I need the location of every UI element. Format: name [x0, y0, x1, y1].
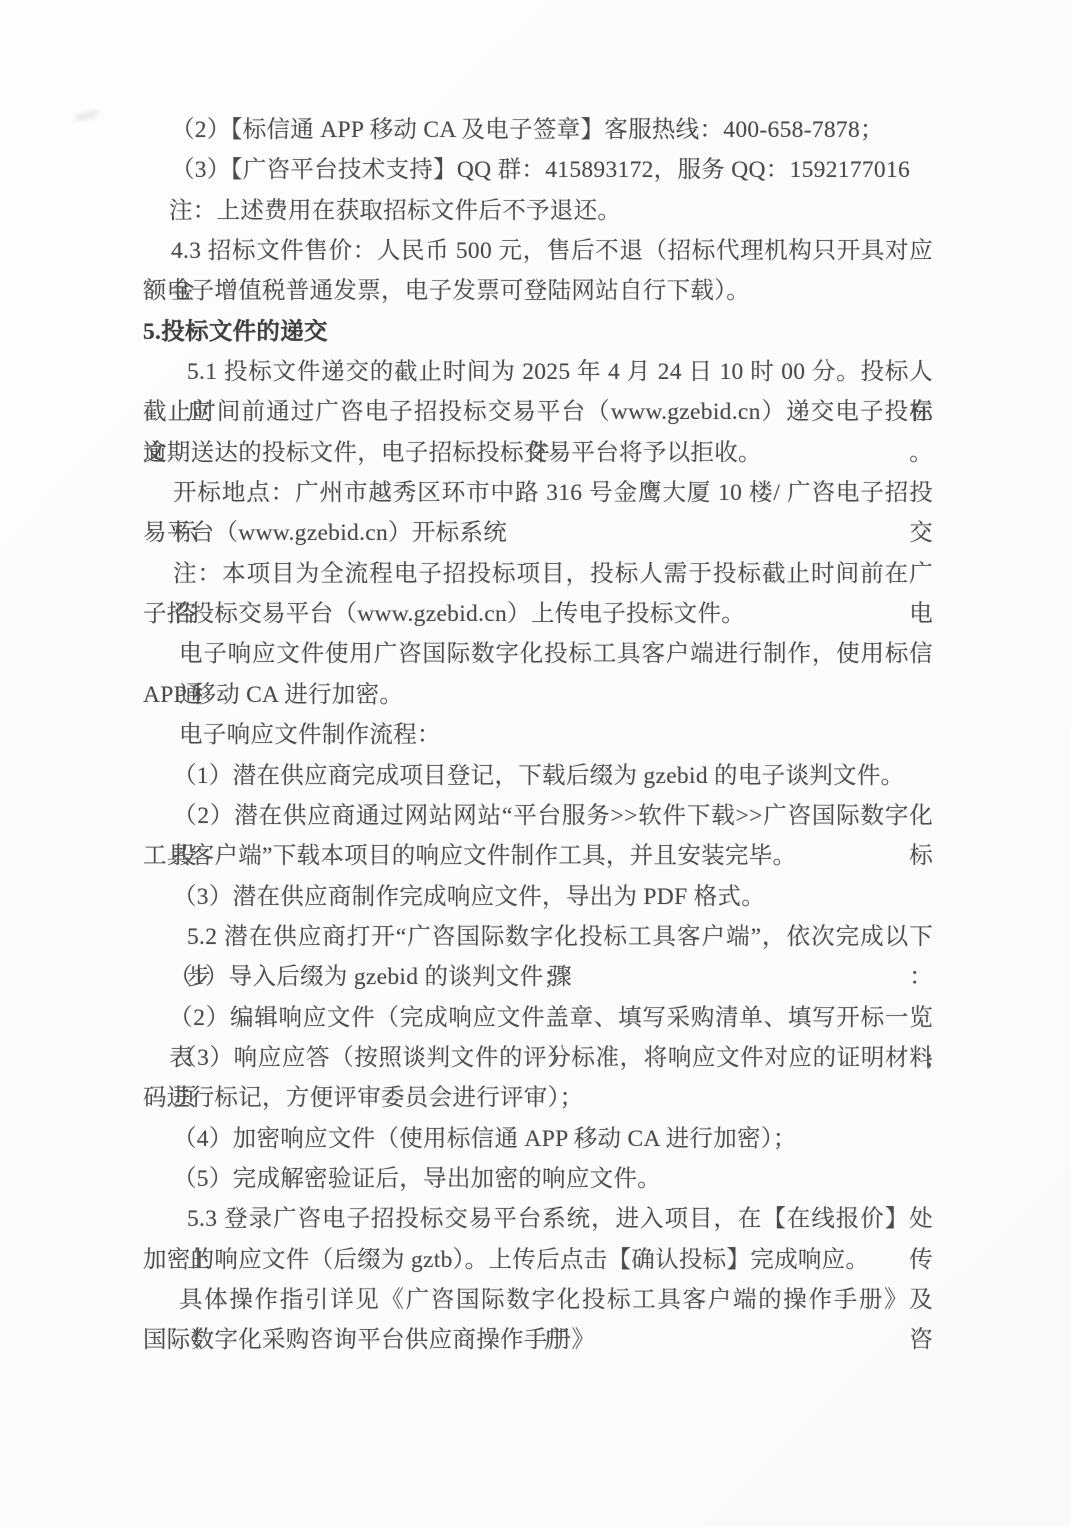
text-line: （3）【广咨平台技术支持】QQ 群：415893172，服务 QQ：159217…	[171, 150, 933, 190]
text-line: 注：本项目为全流程电子招投标项目，投标人需于投标截止时间前在广咨电	[173, 554, 933, 594]
scan-smudge-artifact	[74, 108, 101, 123]
text-line: 额电子增值税普通发票，电子发票可登陆网站自行下载）。	[143, 271, 933, 311]
text-line: 码进行标记，方便评审委员会进行评审）；	[143, 1078, 933, 1118]
text-line: 截止时间前通过广咨电子招投标交易平台（www.gzebid.cn）递交电子投标文…	[143, 392, 933, 432]
text-line: 注：上述费用在获取招标文件后不予退还。	[169, 191, 933, 231]
document-text-block: （2）【标信通 APP 移动 CA 及电子签章】客服热线：400-658-787…	[143, 110, 933, 1361]
text-line: （3）响应应答（按照谈判文件的评分标准，将响应文件对应的证明材料页	[173, 1038, 933, 1078]
text-line: （2）编辑响应文件（完成响应文件盖章、填写采购清单、填写开标一览表）;	[169, 998, 933, 1038]
text-line: 5.3 登录广咨电子招投标交易平台系统，进入项目，在【在线报价】处上传	[187, 1199, 933, 1239]
text-line: 5.2 潜在供应商打开“广咨国际数字化投标工具客户端”，依次完成以下步骤：	[187, 917, 933, 957]
text-line: 4.3 招标文件售价：人民币 500 元，售后不退（招标代理机构只开具对应金	[171, 231, 933, 271]
text-line: 电子响应文件制作流程：	[179, 715, 933, 755]
text-line: （5）完成解密验证后，导出加密的响应文件。	[173, 1159, 933, 1199]
text-line: 5.1 投标文件递交的截止时间为 2025 年 4 月 24 日 10 时 00…	[187, 352, 933, 392]
text-line: APP 移动 CA 进行加密。	[143, 675, 933, 715]
text-line: 电子响应文件使用广咨国际数字化投标工具客户端进行制作，使用标信通	[179, 634, 933, 674]
document-page: （2）【标信通 APP 移动 CA 及电子签章】客服热线：400-658-787…	[0, 0, 1071, 1527]
text-line: 具体操作指引详见《广咨国际数字化投标工具客户端的操作手册》及《广咨	[179, 1280, 933, 1320]
section-heading: 5.投标文件的递交	[143, 312, 933, 352]
text-line: （2）潜在供应商通过网站网站“平台服务>>软件下载>>广咨国际数字化投标	[173, 796, 933, 836]
text-line: 加密的响应文件（后缀为 gztb）。上传后点击【确认投标】完成响应。	[143, 1240, 933, 1280]
text-line: （4）加密响应文件（使用标信通 APP 移动 CA 进行加密）；	[173, 1119, 933, 1159]
text-line: 开标地点：广州市越秀区环市中路 316 号金鹰大厦 10 楼/ 广咨电子招投标交	[173, 473, 933, 513]
text-line: （2）【标信通 APP 移动 CA 及电子签章】客服热线：400-658-787…	[171, 110, 933, 150]
text-line: （1）潜在供应商完成项目登记，下载后缀为 gzebid 的电子谈判文件。	[173, 756, 933, 796]
text-line: （3）潜在供应商制作完成响应文件，导出为 PDF 格式。	[173, 877, 933, 917]
